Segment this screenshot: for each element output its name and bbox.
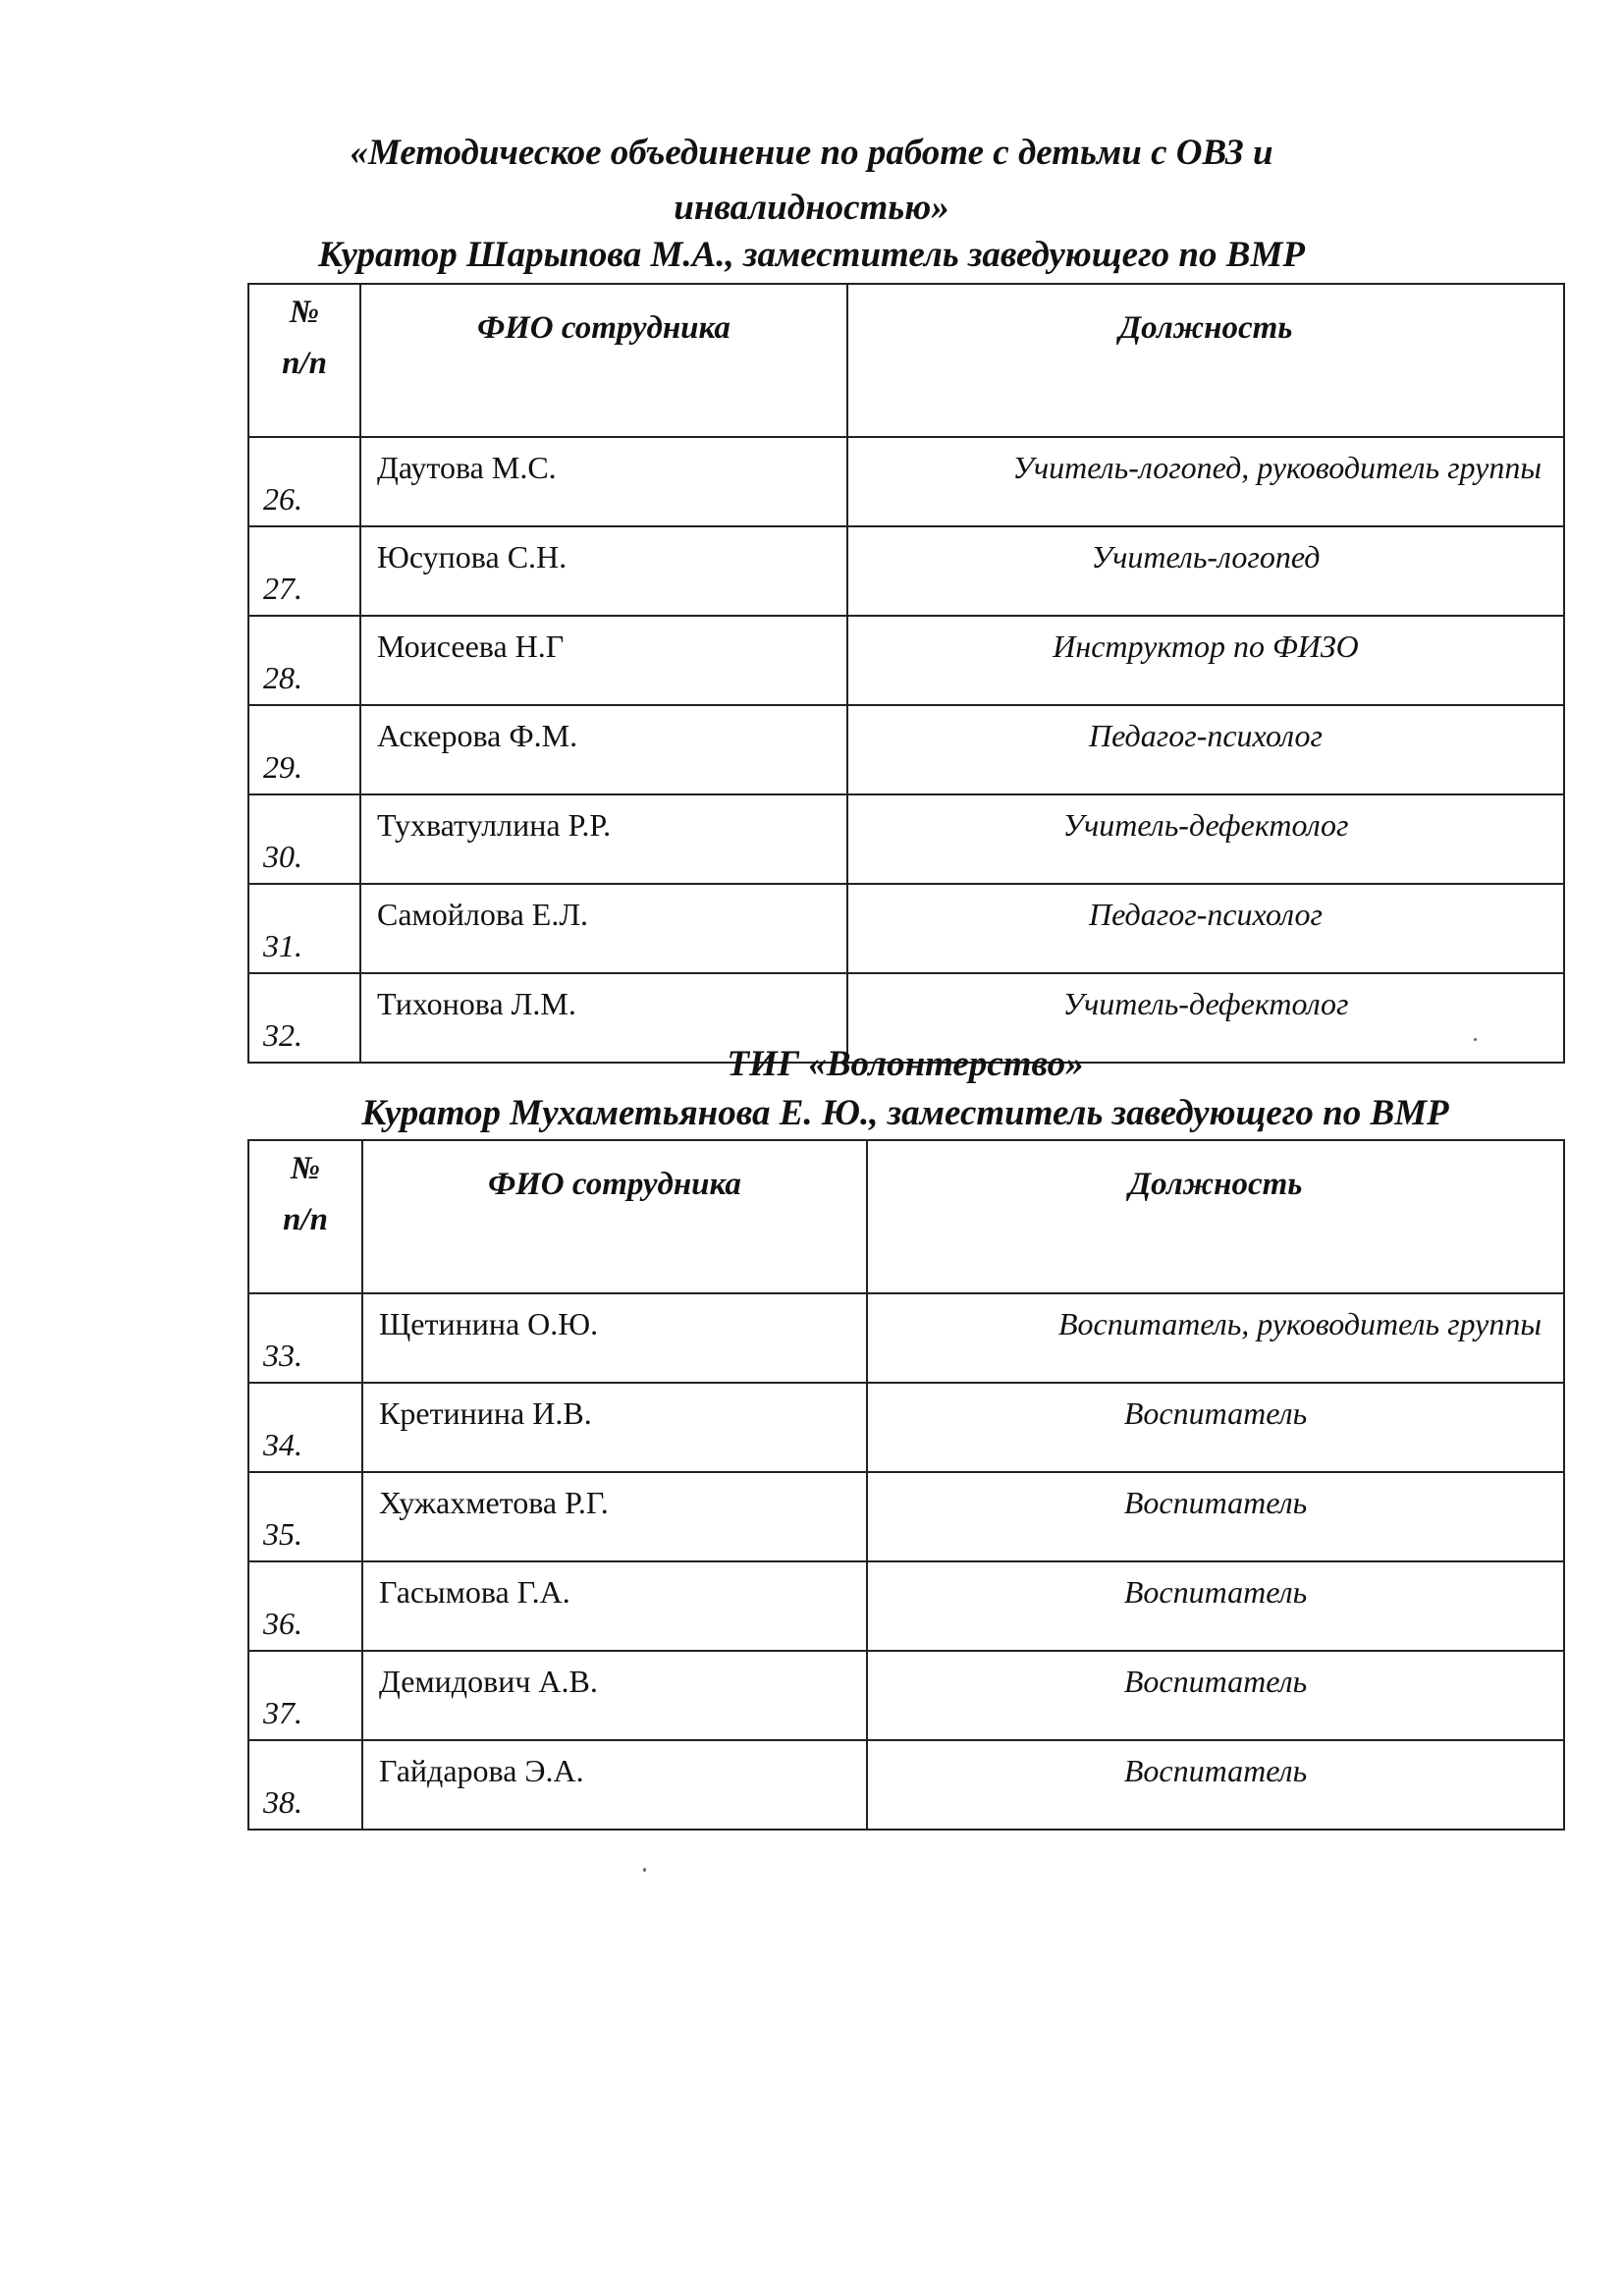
employee-name: Аскерова Ф.М. <box>360 705 847 794</box>
header-num-line2: п/п <box>249 1194 361 1245</box>
employee-name: Моисеева Н.Г <box>360 616 847 705</box>
employee-position: Педагог-психолог <box>847 884 1564 973</box>
row-number: 26. <box>248 437 360 526</box>
row-number: 29. <box>248 705 360 794</box>
row-number: 33. <box>248 1293 362 1383</box>
row-number: 36. <box>248 1561 362 1651</box>
employee-name: Юсупова С.Н. <box>360 526 847 616</box>
header-num: № п/п <box>248 1140 362 1293</box>
header-fio: ФИО сотрудника <box>360 284 847 437</box>
employee-position: Педагог-психолог <box>847 705 1564 794</box>
row-number: 30. <box>248 794 360 884</box>
table-row: 26.Даутова М.С.Учитель-логопед, руководи… <box>248 437 1564 526</box>
employee-name: Даутова М.С. <box>360 437 847 526</box>
staff-table-section1: № п/п ФИО сотрудника Должность 26.Даутов… <box>247 283 1565 1064</box>
employee-position: Воспитатель <box>867 1651 1564 1740</box>
header-fio: ФИО сотрудника <box>362 1140 867 1293</box>
row-number: 28. <box>248 616 360 705</box>
table-row: 34.Кретинина И.В.Воспитатель <box>248 1383 1564 1472</box>
table-row: 37.Демидович А.В.Воспитатель <box>248 1651 1564 1740</box>
employee-position: Воспитатель, руководитель группы <box>867 1293 1564 1383</box>
employee-position: Учитель-логопед <box>847 526 1564 616</box>
table-row: 29.Аскерова Ф.М.Педагог-психолог <box>248 705 1564 794</box>
section2-title: ТИГ «Волонтерство» <box>247 1041 1563 1088</box>
header-position: Должность <box>847 284 1564 437</box>
employee-position: Учитель-логопед, руководитель группы <box>847 437 1564 526</box>
employee-name: Гасымова Г.А. <box>362 1561 867 1651</box>
scan-speck <box>643 1868 646 1872</box>
staff-table-section2: № п/п ФИО сотрудника Должность 33.Щетини… <box>247 1139 1565 1831</box>
row-number: 27. <box>248 526 360 616</box>
row-number: 35. <box>248 1472 362 1561</box>
employee-position: Учитель-дефектолог <box>847 794 1564 884</box>
section1-curator: Куратор Шарыпова М.А., заместитель завед… <box>0 232 1623 279</box>
employee-name: Тухватуллина Р.Р. <box>360 794 847 884</box>
employee-name: Самойлова Е.Л. <box>360 884 847 973</box>
section1-title-line2: инвалидностью» <box>0 185 1623 232</box>
table-row: 31.Самойлова Е.Л.Педагог-психолог <box>248 884 1564 973</box>
table-header-row: № п/п ФИО сотрудника Должность <box>248 1140 1564 1293</box>
table-row: 36.Гасымова Г.А.Воспитатель <box>248 1561 1564 1651</box>
employee-position: Воспитатель <box>867 1472 1564 1561</box>
table-row: 33.Щетинина О.Ю.Воспитатель, руководител… <box>248 1293 1564 1383</box>
table-row: 27.Юсупова С.Н.Учитель-логопед <box>248 526 1564 616</box>
employee-position: Инструктор по ФИЗО <box>847 616 1564 705</box>
employee-name: Кретинина И.В. <box>362 1383 867 1472</box>
table-header-row: № п/п ФИО сотрудника Должность <box>248 284 1564 437</box>
row-number: 37. <box>248 1651 362 1740</box>
table-row: 30.Тухватуллина Р.Р.Учитель-дефектолог <box>248 794 1564 884</box>
employee-position: Воспитатель <box>867 1740 1564 1830</box>
header-num-line1: № <box>249 1143 361 1194</box>
row-number: 38. <box>248 1740 362 1830</box>
header-num-line1: № <box>249 287 359 338</box>
employee-name: Демидович А.В. <box>362 1651 867 1740</box>
employee-name: Хужахметова Р.Г. <box>362 1472 867 1561</box>
row-number: 34. <box>248 1383 362 1472</box>
section1-title-line1: «Методическое объединение по работе с де… <box>0 130 1623 177</box>
employee-name: Гайдарова Э.А. <box>362 1740 867 1830</box>
table-row: 28.Моисеева Н.ГИнструктор по ФИЗО <box>248 616 1564 705</box>
scan-speck <box>1474 1038 1477 1041</box>
table-row: 35.Хужахметова Р.Г.Воспитатель <box>248 1472 1564 1561</box>
row-number: 31. <box>248 884 360 973</box>
header-num: № п/п <box>248 284 360 437</box>
header-num-line2: п/п <box>249 338 359 389</box>
employee-position: Воспитатель <box>867 1561 1564 1651</box>
table-row: 38.Гайдарова Э.А.Воспитатель <box>248 1740 1564 1830</box>
employee-name: Щетинина О.Ю. <box>362 1293 867 1383</box>
header-position: Должность <box>867 1140 1564 1293</box>
employee-position: Воспитатель <box>867 1383 1564 1472</box>
section2-curator: Куратор Мухаметьянова Е. Ю., заместитель… <box>247 1090 1563 1137</box>
